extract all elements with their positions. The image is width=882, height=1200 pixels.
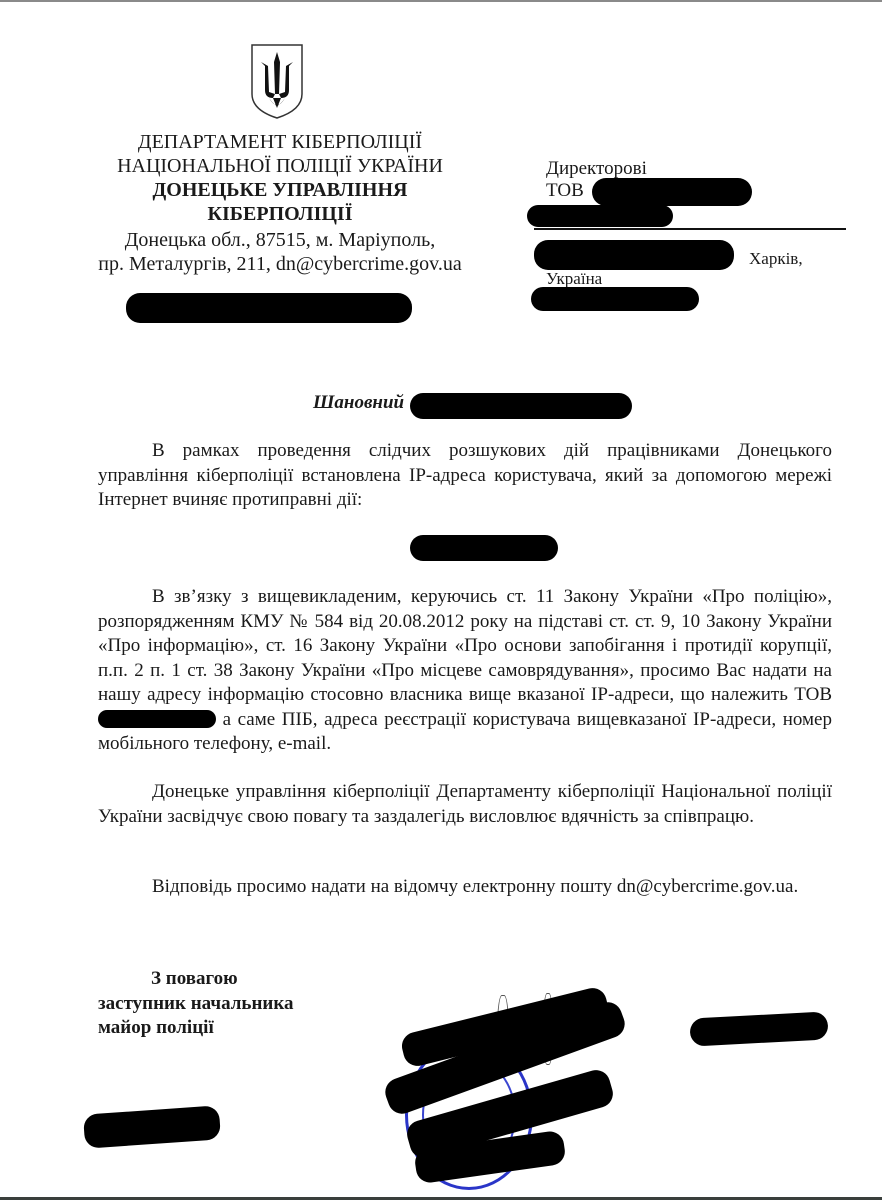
top-edge xyxy=(0,0,882,2)
header-donetsk-directorate: ДОНЕЦЬКЕ УПРАВЛІННЯ xyxy=(80,178,480,202)
redaction-signer-name xyxy=(689,1011,828,1046)
signature-closing: З повагою xyxy=(151,968,238,990)
paragraph-ip-identified: В рамках проведення слідчих розшукових д… xyxy=(98,439,832,513)
redaction-executor xyxy=(83,1105,221,1148)
signature-rank: майор поліції xyxy=(98,1017,214,1039)
redaction-recipient-address xyxy=(534,240,734,270)
paragraph-request: В зв’язку з вищевикладеним, керуючись ст… xyxy=(98,585,832,757)
redaction-outgoing-number xyxy=(126,293,412,323)
redaction-addressee-name xyxy=(410,393,632,419)
paragraph-gratitude: Донецьке управління кіберполіції Департа… xyxy=(98,780,832,829)
signature-position: заступник начальника xyxy=(98,993,294,1015)
header-address-line2: пр. Металургів, 211, dn@cybercrime.gov.u… xyxy=(80,252,480,276)
paragraph-request-part1: В зв’язку з вищевикладеним, керуючись ст… xyxy=(98,586,832,705)
header-address-line1: Донецька обл., 87515, м. Маріуполь, xyxy=(80,228,480,252)
recipient-city: Харків, xyxy=(749,248,803,270)
recipient-company-prefix: ТОВ xyxy=(546,180,584,202)
recipient-title: Директорові xyxy=(546,158,647,180)
header-national-police: НАЦІОНАЛЬНОЇ ПОЛІЦІЇ УКРАЇНИ xyxy=(80,154,480,178)
redaction-isp-name xyxy=(98,710,216,728)
redaction-recipient-extra xyxy=(531,287,699,311)
paragraph-reply-email: Відповідь просимо надати на відомчу елек… xyxy=(98,875,832,900)
redaction-ip-address xyxy=(410,535,558,561)
recipient-divider xyxy=(534,228,846,230)
redaction-company-name-2 xyxy=(527,205,673,227)
header-department: ДЕПАРТАМЕНТ КІБЕРПОЛІЦІЇ xyxy=(80,130,480,154)
trident-coat-of-arms-icon xyxy=(249,42,305,120)
header-cyberpolice: КІБЕРПОЛІЦІЇ xyxy=(80,202,480,226)
salutation: Шановний xyxy=(313,392,404,414)
redaction-company-name xyxy=(592,178,752,206)
